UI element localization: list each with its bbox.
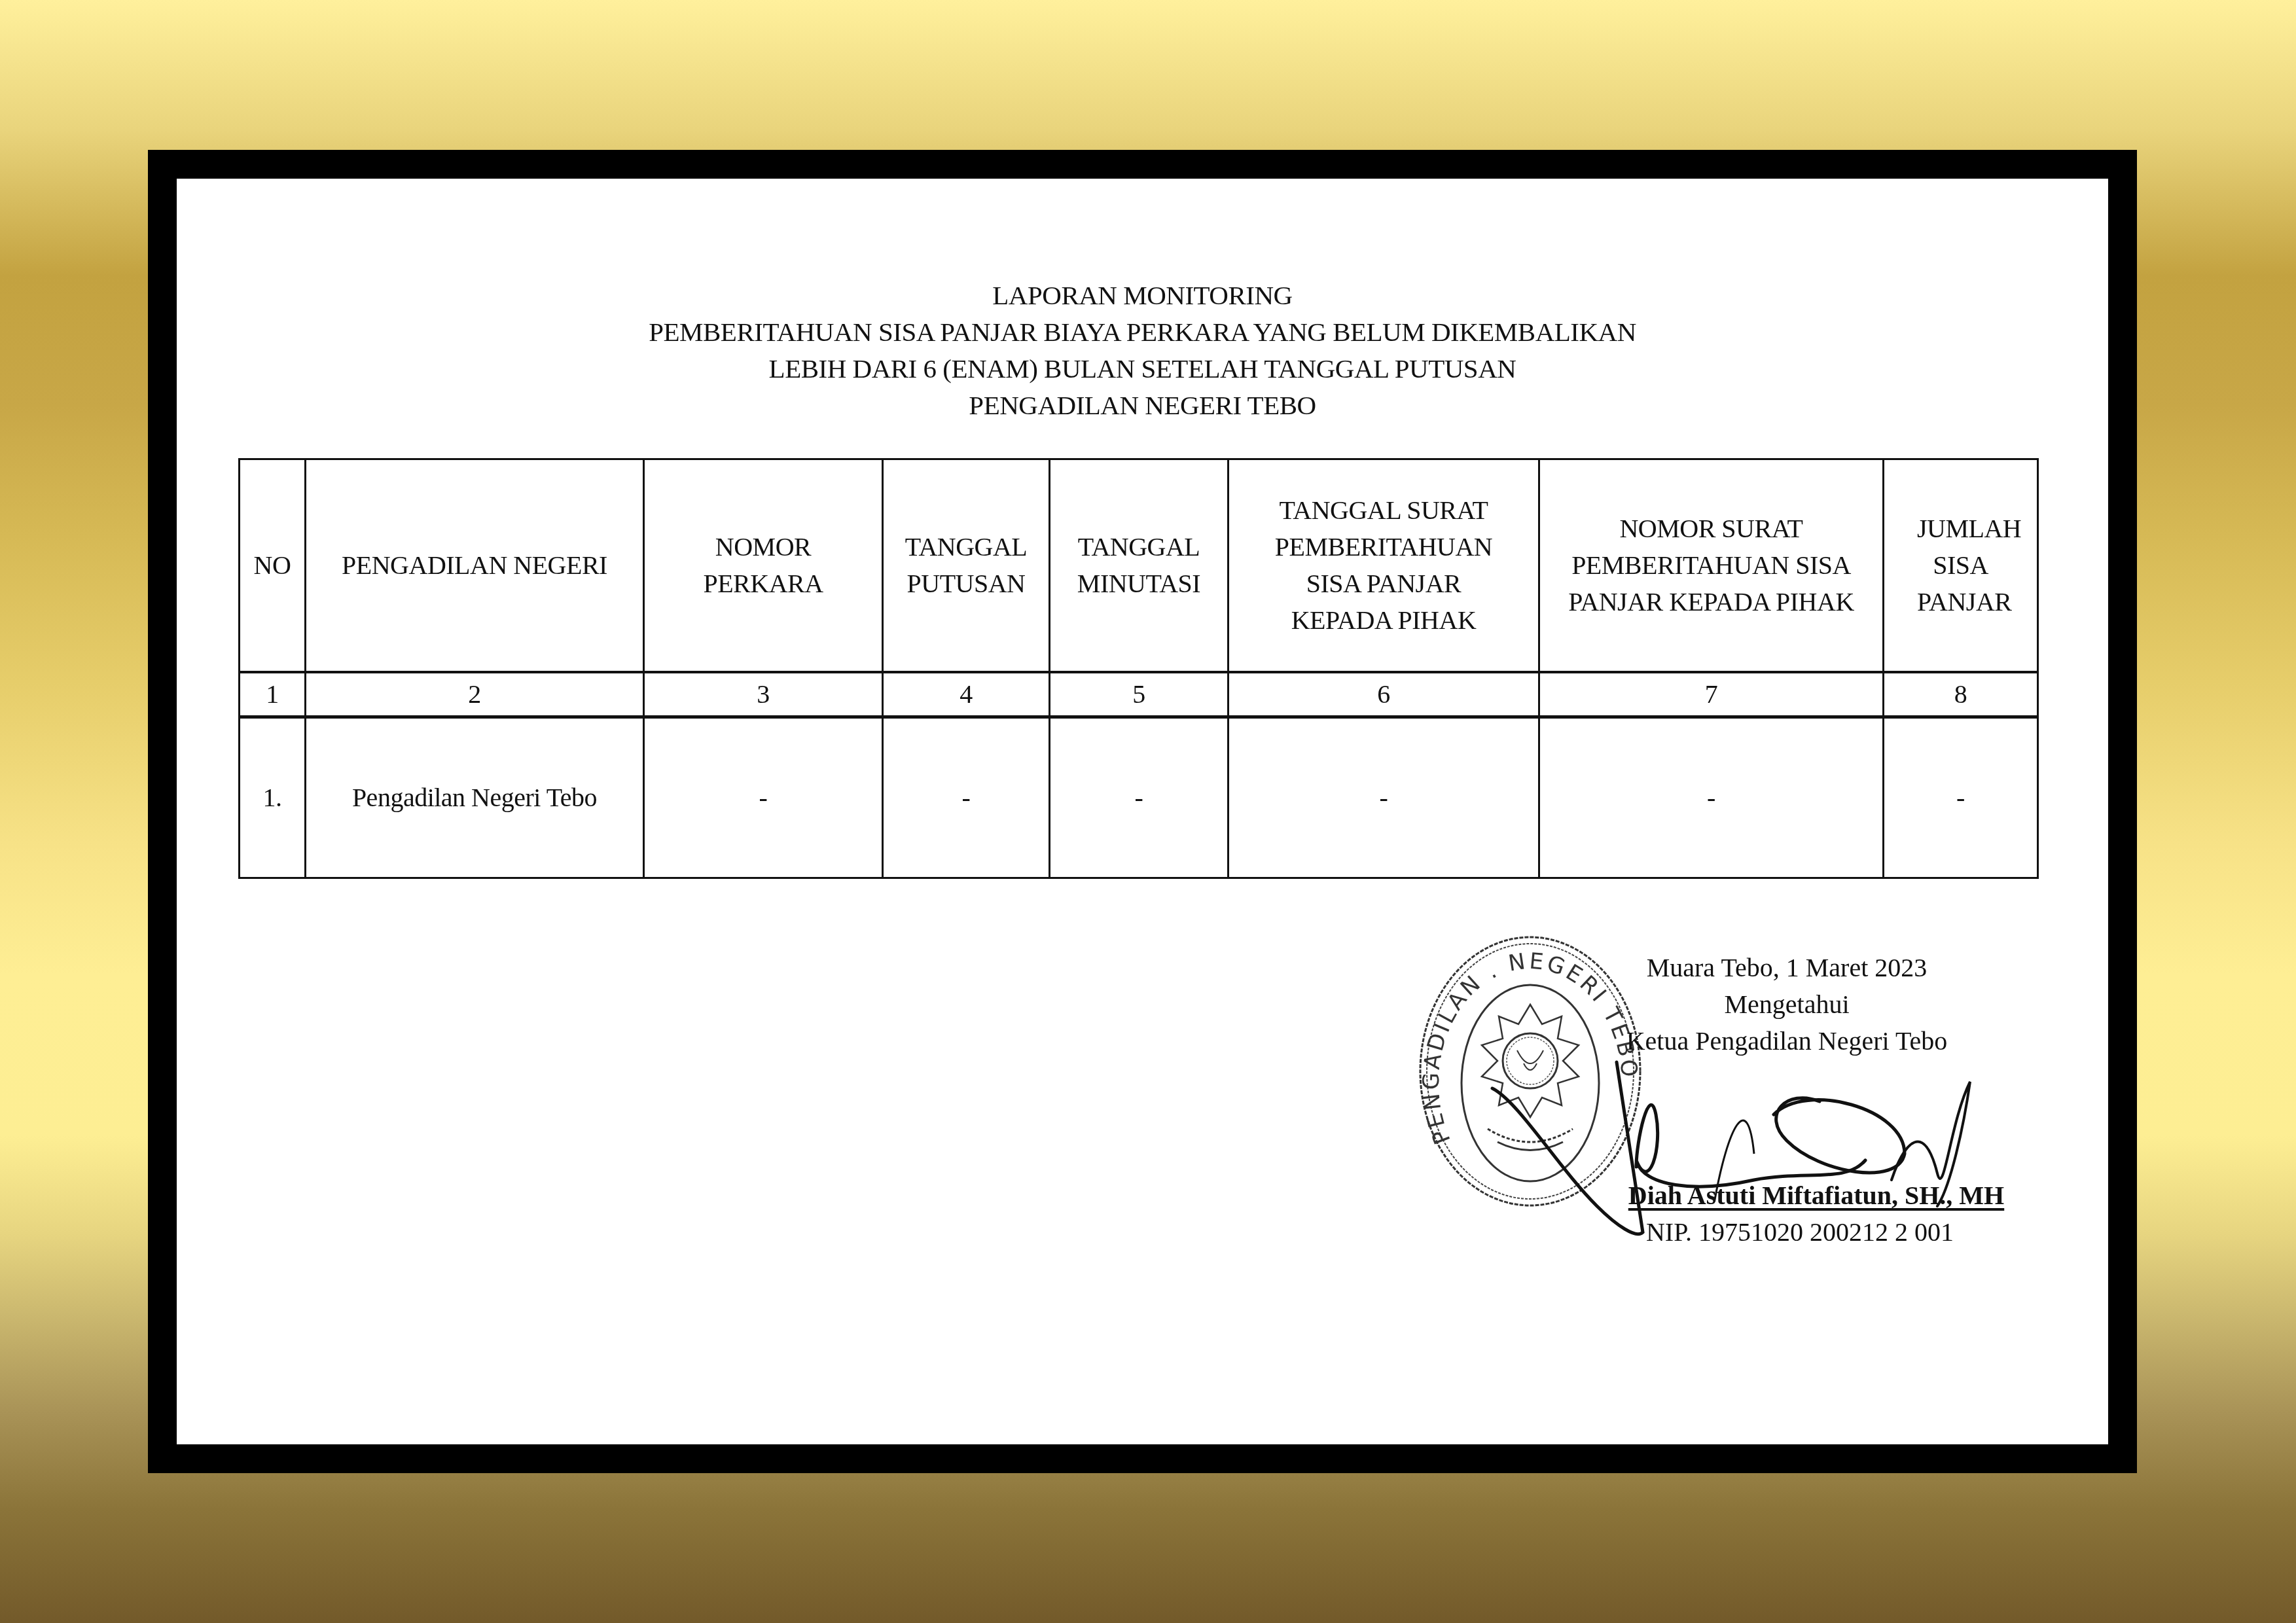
cell-nomor-perkara: - bbox=[644, 717, 883, 878]
signatory-nip: NIP. 19751020 200212 2 001 bbox=[1486, 1214, 2108, 1251]
cell-pengadilan-negeri: Pengadilan Negeri Tebo bbox=[306, 717, 644, 878]
title-line-3: LEBIH DARI 6 (ENAM) BULAN SETELAH TANGGA… bbox=[177, 350, 2108, 387]
header-tanggal-surat: TANGGAL SURAT PEMBERITAHUAN SISA PANJAR … bbox=[1229, 459, 1539, 673]
cell-nomor-surat: - bbox=[1539, 717, 1884, 878]
column-number: 3 bbox=[644, 672, 883, 717]
header-nomor-perkara: NOMOR PERKARA bbox=[644, 459, 883, 673]
cell-tanggal-surat: - bbox=[1229, 717, 1539, 878]
monitoring-table: NO PENGADILAN NEGERI NOMOR PERKARA TANGG… bbox=[238, 458, 2039, 879]
report-title: LAPORAN MONITORING PEMBERITAHUAN SISA PA… bbox=[177, 277, 2108, 423]
table-header-row: NO PENGADILAN NEGERI NOMOR PERKARA TANGG… bbox=[240, 459, 2038, 673]
cell-no: 1. bbox=[240, 717, 306, 878]
column-number: 6 bbox=[1229, 672, 1539, 717]
table-column-number-row: 1 2 3 4 5 6 7 8 bbox=[240, 672, 2038, 717]
header-pengadilan-negeri: PENGADILAN NEGERI bbox=[306, 459, 644, 673]
document-page: LAPORAN MONITORING PEMBERITAHUAN SISA PA… bbox=[177, 179, 2108, 1444]
column-number: 5 bbox=[1050, 672, 1229, 717]
signature-space bbox=[1460, 1060, 2108, 1177]
acknowledged-label: Mengetahui bbox=[1460, 986, 2108, 1023]
signatory-role: Ketua Pengadilan Negeri Tebo bbox=[1460, 1023, 2108, 1060]
cell-tanggal-minutasi: - bbox=[1050, 717, 1229, 878]
table-row: 1. Pengadilan Negeri Tebo - - - - - - bbox=[240, 717, 2038, 878]
signature-block: Muara Tebo, 1 Maret 2023 Mengetahui Ketu… bbox=[1460, 950, 2108, 1251]
column-number: 1 bbox=[240, 672, 306, 717]
header-nomor-surat: NOMOR SURAT PEMBERITAHUAN SISA PANJAR KE… bbox=[1539, 459, 1884, 673]
place-date: Muara Tebo, 1 Maret 2023 bbox=[1460, 950, 2108, 986]
column-number: 8 bbox=[1884, 672, 2038, 717]
column-number: 4 bbox=[883, 672, 1050, 717]
title-line-4: PENGADILAN NEGERI TEBO bbox=[177, 387, 2108, 423]
cell-tanggal-putusan: - bbox=[883, 717, 1050, 878]
header-jumlah-sisa-panjar: JUMLAH SISA PANJAR bbox=[1884, 459, 2038, 673]
cell-jumlah-sisa-panjar: - bbox=[1884, 717, 2038, 878]
header-tanggal-minutasi: TANGGAL MINUTASI bbox=[1050, 459, 1229, 673]
column-number: 2 bbox=[306, 672, 644, 717]
column-number: 7 bbox=[1539, 672, 1884, 717]
signatory-name: Diah Astuti Miftafiatun, SH., MH bbox=[1628, 1177, 2004, 1214]
header-no: NO bbox=[240, 459, 306, 673]
title-line-2: PEMBERITAHUAN SISA PANJAR BIAYA PERKARA … bbox=[177, 313, 2108, 350]
header-tanggal-putusan: TANGGAL PUTUSAN bbox=[883, 459, 1050, 673]
title-line-1: LAPORAN MONITORING bbox=[177, 277, 2108, 313]
